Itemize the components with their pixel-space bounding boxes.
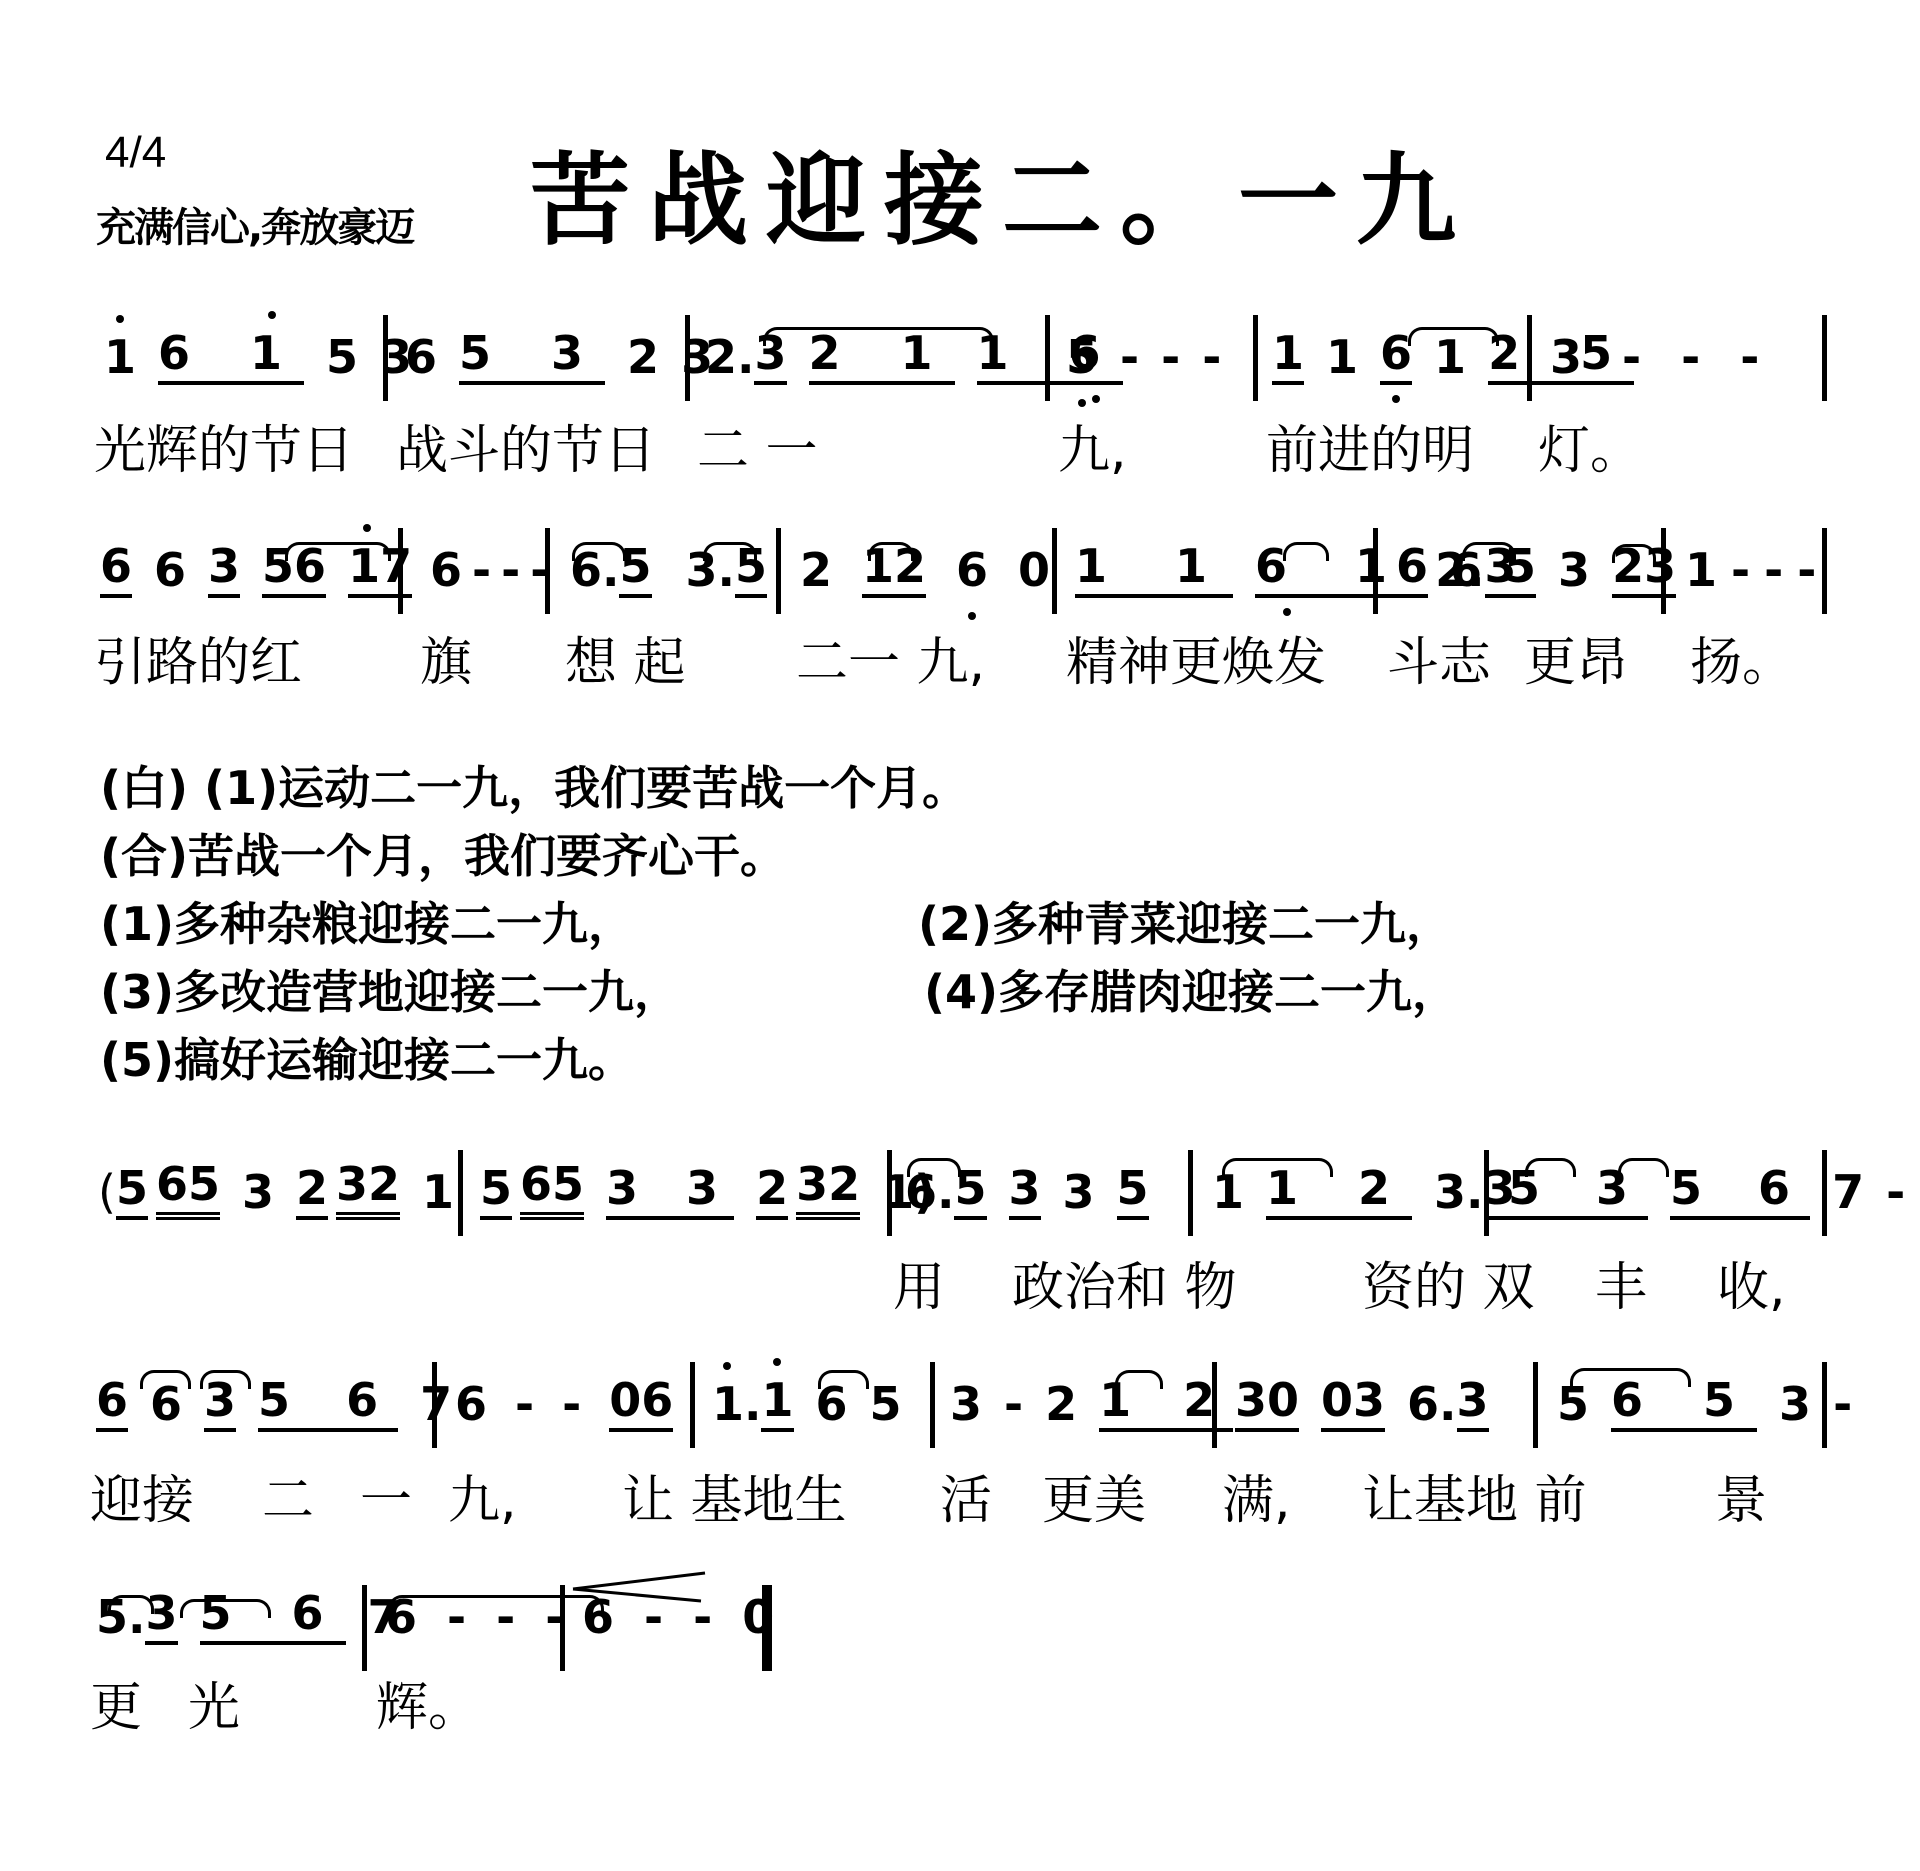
lyric: 二 一 [697, 408, 818, 483]
note: 6 [956, 542, 988, 598]
measure-4-5: 30 03 6. 3 [1235, 1362, 1489, 1432]
lyric: 更美 [1042, 1458, 1146, 1533]
dash: - [472, 542, 491, 598]
lyric: 扬。 [1690, 620, 1794, 695]
dash: - [501, 542, 520, 598]
note: 3 [950, 1376, 982, 1432]
decrescendo-mark [565, 1569, 715, 1609]
lyric: 旗 [420, 620, 472, 695]
slur [200, 1370, 251, 1389]
slur [818, 1370, 869, 1389]
slur [1570, 1368, 1691, 1387]
barline [432, 1362, 437, 1448]
note-group: 1 1 [1075, 538, 1233, 598]
barline [1212, 1362, 1217, 1448]
lyric: 一 [360, 1458, 412, 1533]
barline [1373, 528, 1378, 614]
note: 6 [100, 538, 132, 598]
note-group: 5 6 [258, 1372, 398, 1432]
spoken-item: (3)多改造营地迎接二一九， [100, 956, 680, 1022]
barline [1052, 528, 1057, 614]
dash: - [1120, 329, 1139, 385]
note: 5 [480, 1160, 512, 1220]
barline [545, 528, 550, 614]
slur [1222, 1158, 1333, 1177]
note: 3 [1558, 542, 1590, 598]
note-group: 32 [796, 1156, 860, 1220]
dash: - [1622, 329, 1641, 385]
measure-2-7: 1 - - - [1685, 528, 1816, 598]
note-group: 30 [1235, 1372, 1299, 1432]
barline [398, 528, 403, 614]
note: 6 [455, 1376, 487, 1432]
lyric: 收, [1717, 1245, 1786, 1320]
note-group: 3 3 [606, 1160, 734, 1220]
barline [685, 315, 690, 401]
note: 2 [627, 329, 659, 385]
note: 6 [96, 1372, 128, 1432]
slur [108, 1595, 154, 1614]
slur [285, 542, 391, 561]
note: 1 [1326, 329, 1358, 385]
slur [1618, 1158, 1669, 1177]
barline [930, 1362, 935, 1448]
dash: - [1740, 329, 1759, 385]
note: 1 [422, 1164, 454, 1220]
lyric: 满, [1222, 1458, 1291, 1533]
note: 1. [712, 1376, 761, 1432]
note: 3 [145, 1585, 177, 1645]
note: 6 [1380, 325, 1412, 385]
time-signature: 4/4 [105, 128, 166, 178]
paren: ( [98, 1164, 116, 1220]
song-title: 苦战迎接二。一九 [530, 120, 1474, 264]
barline [362, 1585, 367, 1671]
dash: - [1681, 329, 1700, 385]
dash: - [1886, 1164, 1905, 1220]
dash: - [1161, 329, 1180, 385]
dash: - [515, 1376, 534, 1432]
barline [1822, 528, 1827, 614]
dash: - [1731, 542, 1750, 598]
lyric: 景 [1715, 1458, 1767, 1533]
lyric: 迎接 [90, 1458, 194, 1533]
lyric: 丰 [1595, 1245, 1647, 1320]
lyric: 用 [893, 1245, 945, 1320]
slur [1612, 544, 1656, 563]
barline [1188, 1150, 1193, 1236]
spoken-line: (合)苦战一个月，我们要齐心干。 [100, 820, 786, 886]
measure-2-2: 6 - - - [430, 528, 549, 598]
note: 6 [430, 542, 462, 598]
note: 7 [1832, 1164, 1864, 1220]
lyric: 让 基地生 [622, 1458, 847, 1533]
barline [1822, 1150, 1827, 1236]
note-group: 6 1 [1255, 538, 1413, 598]
slur [1115, 1370, 1163, 1389]
barline [383, 315, 388, 401]
spoken-item: (1)多种杂粮迎接二一九， [100, 888, 634, 954]
note: 2 [1045, 1376, 1077, 1432]
score-row-5: 5. 3 5 6 7 6 - - - 6 - - 0 [0, 1575, 1920, 1675]
barline [1527, 315, 1532, 401]
note: 5 [1117, 1160, 1149, 1220]
slur [180, 1599, 271, 1618]
dash: - [1202, 329, 1221, 385]
barline [1045, 315, 1050, 401]
note-group: 65 [520, 1156, 584, 1220]
dash: - [1833, 1376, 1852, 1432]
score-row-3: ( 5 65 3 2 32 1 5 65 3 3 2 32 1) 6. 5 3 … [0, 1150, 1920, 1250]
note: 3 [1063, 1164, 1095, 1220]
note: 2. [705, 329, 754, 385]
note: 6 [405, 329, 437, 385]
slur [1525, 1158, 1576, 1177]
note: 5 [116, 1160, 148, 1220]
slur [1408, 327, 1499, 346]
lyric: 九, [448, 1458, 517, 1533]
lyric: 活 [940, 1458, 992, 1533]
score-row-1: 1 6 1 5 3 6 5 3 2 3 2. 3 2 1 1 6 5 - - -… [0, 315, 1920, 415]
measure-1-4: 5 - - - [1066, 315, 1243, 385]
spoken-item: (5)搞好运输迎接二一九。 [100, 1024, 634, 1090]
note: 5 [1066, 329, 1098, 385]
slur [868, 542, 914, 561]
note: 1 [1685, 542, 1717, 598]
barline [1253, 315, 1258, 401]
lyric: 战斗的节日 [396, 408, 656, 483]
lyric: 想 起 [565, 620, 686, 695]
barline [1484, 1150, 1489, 1236]
note: 5 [870, 1376, 902, 1432]
note: 3 [208, 538, 240, 598]
barline [690, 1362, 695, 1448]
dash: - [1797, 542, 1816, 598]
dash: - [1004, 1376, 1023, 1432]
dash: - [562, 1376, 581, 1432]
spoken-item: (4)多存腊肉迎接二一九， [924, 956, 1458, 1022]
lyric: 斗志 更昂 [1387, 620, 1628, 695]
note: 6. [1407, 1376, 1456, 1432]
slur [140, 1370, 191, 1389]
note: 0 [1018, 542, 1050, 598]
slur [907, 1158, 961, 1177]
lyric: 九, [1058, 408, 1127, 483]
slur [703, 542, 757, 561]
spoken-line: (白) (1)运动二一九，我们要苦战一个月。 [100, 752, 968, 818]
note-group: 5 3 [459, 325, 605, 385]
lyric: 政治和 物 [1012, 1245, 1237, 1320]
tempo-marking: 充满信心,奔放豪迈 [96, 196, 413, 253]
note: 1 [761, 1372, 793, 1432]
barline [1822, 315, 1827, 401]
note: 2 [800, 542, 832, 598]
lyric: 二一 九, [796, 620, 985, 695]
note: 6 [1396, 538, 1428, 598]
lyric: 资的 双 [1362, 1245, 1535, 1320]
lyric: 灯。 [1538, 408, 1642, 483]
note-group: 65 [156, 1156, 220, 1220]
note: 6 [154, 542, 186, 598]
lyric: 光辉的节日 [94, 408, 354, 483]
note: 2 [756, 1160, 788, 1220]
lyric: 让基地 前 [1362, 1458, 1587, 1533]
slur [1462, 542, 1516, 561]
note: 3 [242, 1164, 274, 1220]
barline [1533, 1362, 1538, 1448]
note: 3. [1434, 1164, 1483, 1220]
barline [458, 1150, 463, 1236]
note-group: 6 1 [158, 325, 304, 385]
barline [776, 528, 781, 614]
note: 3 [1550, 329, 1582, 385]
measure-4-4: 3 - 2 1 2 [950, 1362, 1233, 1432]
measure-2-6: 6 6 5 3 23 [1396, 528, 1676, 598]
note: 3 [1009, 1160, 1041, 1220]
lyric: 前进的明 [1266, 408, 1474, 483]
lyric: 二 [262, 1458, 314, 1533]
barline [1822, 1362, 1827, 1448]
lyric: 光 [188, 1665, 240, 1740]
note-group: 03 [1321, 1372, 1385, 1432]
dash: - [1764, 542, 1783, 598]
lyric: 更 [90, 1665, 142, 1740]
slur [763, 327, 994, 346]
note: 1 [104, 329, 136, 385]
barline [887, 1150, 892, 1236]
final-barline [762, 1585, 772, 1671]
note: 5 [619, 538, 651, 598]
note: 3 [1779, 1376, 1811, 1432]
note: 2 [296, 1160, 328, 1220]
score-row-2: 6 6 3 56 17 6 - - - 6. 5 3. 5 2 12 6 0 1… [0, 528, 1920, 628]
barline [1661, 528, 1666, 614]
score-row-4: 6 6 3 5 6 7 6 - - 06 1. 1 6 5 3 - 2 1 2 … [0, 1362, 1920, 1462]
lyric: 辉。 [376, 1665, 480, 1740]
note-group: 32 [336, 1156, 400, 1220]
measure-2-1: 6 6 3 56 17 [100, 528, 412, 598]
measure-1-6: 3 - - - [1550, 315, 1781, 385]
measure-2-4: 2 12 6 0 [800, 528, 1050, 598]
note: 1 [1272, 325, 1304, 385]
spoken-item: (2)多种青菜迎接二一九， [918, 888, 1452, 954]
measure-2-3: 6. 5 3. 5 [570, 528, 767, 598]
lyric: 精神更焕发 [1066, 620, 1326, 695]
measure-3-1: ( 5 65 3 2 32 1 [98, 1150, 454, 1220]
measure-4-2: 6 - - 06 [455, 1362, 673, 1432]
slur [1283, 542, 1329, 561]
slur [572, 542, 626, 561]
note-group: 06 [609, 1372, 673, 1432]
note-group: 5 6 [1670, 1160, 1810, 1220]
measure-4-3: 1. 1 6 5 [712, 1362, 902, 1432]
note: 5 [326, 329, 358, 385]
note: 3 [1457, 1372, 1489, 1432]
measure-3-2: 5 65 3 3 2 32 1) [480, 1150, 935, 1220]
lyric: 引路的红 [94, 620, 302, 695]
